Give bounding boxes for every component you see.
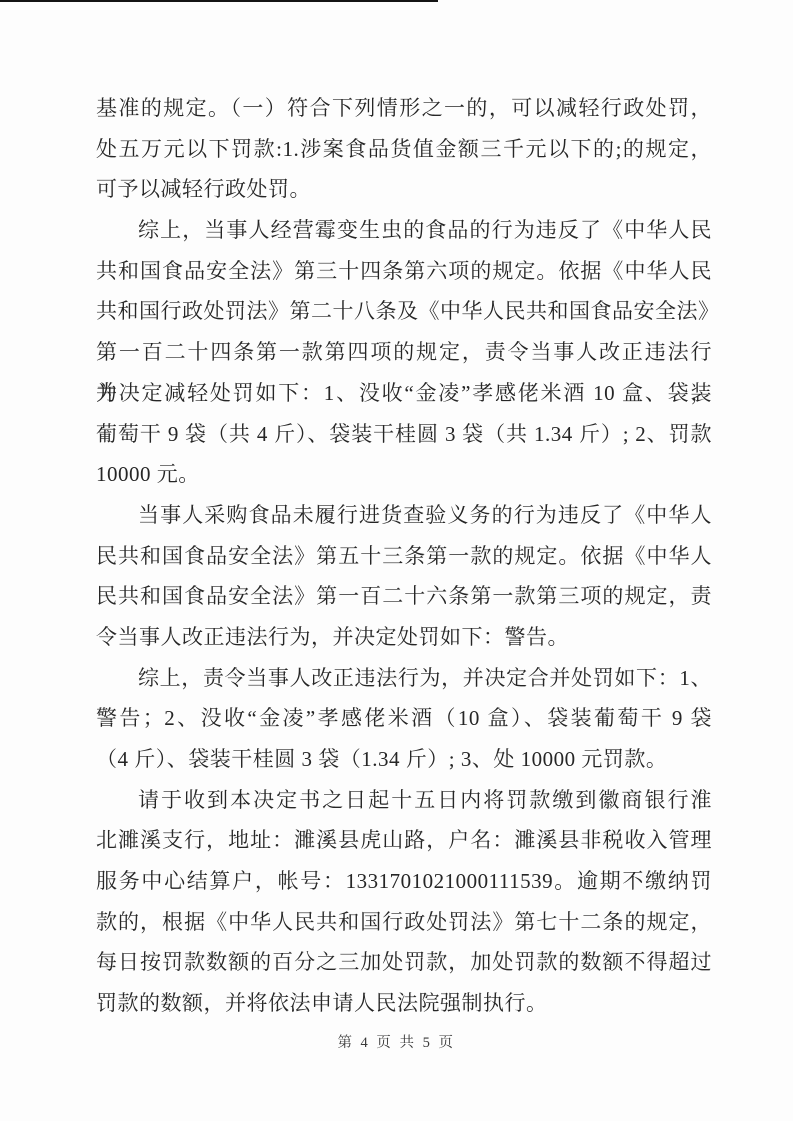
text-line: 处五万元以下罚款:1.涉案食品货值金额三千元以下的;的规定，: [96, 129, 712, 170]
text-line: 10000 元。: [96, 454, 712, 495]
text-line: 款的，根据《中华人民共和国行政处罚法》第七十二条的规定，: [96, 902, 712, 943]
text-line: 综上，责令当事人改正违法行为，并决定合并处罚如下：1、: [96, 658, 712, 699]
text-line: （4 斤）、袋装干桂圆 3 袋（1.34 斤）; 3、处 10000 元罚款。: [96, 739, 712, 780]
text-line: 每日按罚款数额的百分之三加处罚款，加处罚款的数额不得超过: [96, 942, 712, 983]
scan-artifact-line: [0, 0, 438, 2]
paragraph: 基准的规定。（一）符合下列情形之一的，可以减轻行政处罚，处五万元以下罚款:1.涉…: [96, 88, 712, 210]
text-line: 请于收到本决定书之日起十五日内将罚款缴到徽商银行淮: [96, 780, 712, 821]
text-line: 并决定减轻处罚如下：1、没收“金凌”孝感佬米酒 10 盒、袋装: [96, 373, 712, 414]
text-line: 综上，当事人经营霉变生虫的食品的行为违反了《中华人民: [96, 210, 712, 251]
page-footer: 第 4 页 共 5 页: [0, 1031, 793, 1052]
text-line: 北濉溪支行，地址：濉溪县虎山路，户名：濉溪县非税收入管理: [96, 820, 712, 861]
text-line: 民共和国食品安全法》第一百二十六条第一款第三项的规定，责: [96, 576, 712, 617]
text-line: 警告；2、没收“金凌”孝感佬米酒（10 盒）、袋装葡萄干 9 袋: [96, 698, 712, 739]
paragraph: 当事人采购食品未履行进货查验义务的行为违反了《中华人民共和国食品安全法》第五十三…: [96, 495, 712, 658]
text-line: 当事人采购食品未履行进货查验义务的行为违反了《中华人: [96, 495, 712, 536]
paragraph: 综上，责令当事人改正违法行为，并决定合并处罚如下：1、警告；2、没收“金凌”孝感…: [96, 658, 712, 780]
document-body: 基准的规定。（一）符合下列情形之一的，可以减轻行政处罚，处五万元以下罚款:1.涉…: [96, 88, 712, 1024]
text-line: 葡萄干 9 袋（共 4 斤）、袋装干桂圆 3 袋（共 1.34 斤）; 2、罚款: [96, 414, 712, 455]
text-line: 罚款的数额，并将依法申请人民法院强制执行。: [96, 983, 712, 1024]
paragraph: 综上，当事人经营霉变生虫的食品的行为违反了《中华人民共和国食品安全法》第三十四条…: [96, 210, 712, 495]
text-line: 民共和国食品安全法》第五十三条第一款的规定。依据《中华人: [96, 536, 712, 577]
paragraph: 请于收到本决定书之日起十五日内将罚款缴到徽商银行淮北濉溪支行，地址：濉溪县虎山路…: [96, 780, 712, 1024]
text-line: 第一百二十四条第一款第四项的规定，责令当事人改正违法行为，: [96, 332, 712, 373]
text-line: 共和国食品安全法》第三十四条第六项的规定。依据《中华人民: [96, 251, 712, 292]
text-line: 共和国行政处罚法》第二十八条及《中华人民共和国食品安全法》: [96, 291, 712, 332]
text-line: 服务中心结算户，帐号：1331701021000111539。逾期不缴纳罚: [96, 861, 712, 902]
text-line: 可予以减轻行政处罚。: [96, 169, 712, 210]
page-number: 第 4 页 共 5 页: [337, 1035, 455, 1051]
text-line: 令当事人改正违法行为，并决定处罚如下：警告。: [96, 617, 712, 658]
document-page: 基准的规定。（一）符合下列情形之一的，可以减轻行政处罚，处五万元以下罚款:1.涉…: [0, 0, 793, 1121]
text-line: 基准的规定。（一）符合下列情形之一的，可以减轻行政处罚，: [96, 88, 712, 129]
